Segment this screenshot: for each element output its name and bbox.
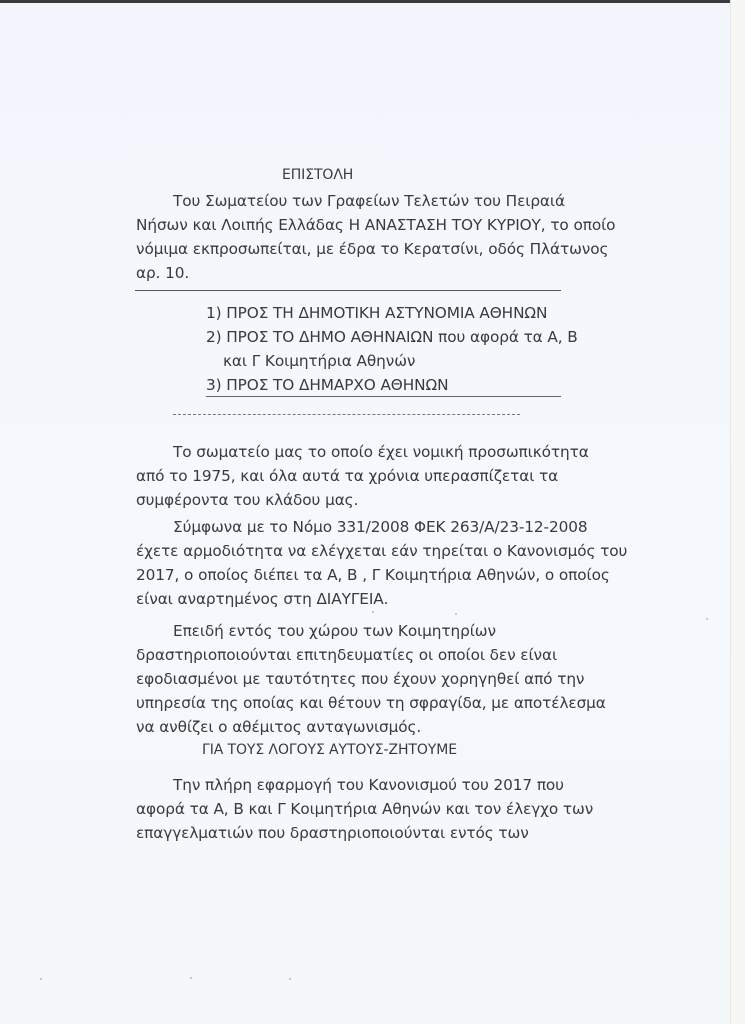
- sender-line: νόμιμα εκπροσωπείται, με έδρα το Κερατσί…: [136, 237, 615, 261]
- paragraph-line: είναι αναρτημένος στη ΔΙΑΥΓΕΙΑ.: [136, 587, 627, 611]
- paragraph-line: Σύμφωνα με το Νόμο 331/2008 ΦΕΚ 263/Α/23…: [136, 515, 627, 539]
- scan-speck: [455, 613, 457, 615]
- letter-title: ΕΠΙΣΤΟΛΗ: [282, 163, 353, 187]
- scanned-page: ΕΠΙΣΤΟΛΗ Του Σωματείου των Γραφείων Τελε…: [0, 0, 731, 1024]
- paragraph-line: υπηρεσία της οποίας και θέτουν τη σφραγί…: [136, 691, 606, 715]
- paragraph-line: Το σωματείο μας το οποίο έχει νομική προ…: [136, 440, 589, 464]
- paragraph-line: δραστηριοποιούνται επιτηδευματίες οι οπο…: [136, 643, 606, 667]
- sender-block: Του Σωματείου των Γραφείων Τελετών του Π…: [136, 189, 615, 285]
- scan-top-border: [0, 0, 745, 3]
- paragraph-line: εφοδιασμένοι με ταυτότητες που έχουν χορ…: [136, 667, 606, 691]
- paragraph-line: έχετε αρμοδιότητα να ελέγχεται εάν τηρεί…: [136, 539, 627, 563]
- paragraph-line: αφορά τα Α, Β και Γ Κοιμητήρια Αθηνών κα…: [136, 797, 593, 821]
- scan-speck: [190, 977, 192, 979]
- scan-speck: [372, 611, 374, 613]
- divider: [135, 290, 561, 291]
- scan-speck: [40, 978, 42, 980]
- recipient-item: 1) ΠΡΟΣ ΤΗ ΔΗΜΟΤΙΚΗ ΑΣΤΥΝΟΜΙΑ ΑΘΗΝΩΝ: [206, 301, 578, 325]
- paragraph-law: Σύμφωνα με το Νόμο 331/2008 ΦΕΚ 263/Α/23…: [136, 515, 627, 611]
- paragraph-request: Την πλήρη εφαρμογή του Κανονισμού του 20…: [136, 773, 593, 845]
- paragraph-line: να ανθίζει ο αθέμιτος ανταγωνισμός.: [136, 715, 606, 739]
- scan-right-edge: [730, 0, 745, 1024]
- paragraph-reason: Επειδή εντός του χώρου των Κοιμητηρίων δ…: [136, 619, 606, 739]
- sender-line: Νήσων και Λοιπής Ελλάδας Η ΑΝΑΣΤΑΣΗ ΤΟΥ …: [136, 213, 615, 237]
- scan-speck: [289, 978, 291, 980]
- sender-line: Του Σωματείου των Γραφείων Τελετών του Π…: [136, 189, 615, 213]
- recipient-item-continued: και Γ Κοιμητήρια Αθηνών: [206, 349, 578, 373]
- paragraph-line: 2017, ο οποίος διέπει τα Α, Β , Γ Κοιμητ…: [136, 563, 627, 587]
- sender-line: αρ. 10.: [136, 261, 615, 285]
- recipient-item: 2) ΠΡΟΣ ΤΟ ΔΗΜΟ ΑΘΗΝΑΙΩΝ που αφορά τα Α,…: [206, 325, 578, 349]
- recipients-list: 1) ΠΡΟΣ ΤΗ ΔΗΜΟΤΙΚΗ ΑΣΤΥΝΟΜΙΑ ΑΘΗΝΩΝ 2) …: [206, 301, 578, 397]
- recipient-item: 3) ΠΡΟΣ ΤΟ ΔΗΜΑΡΧΟ ΑΘΗΝΩΝ: [206, 373, 578, 397]
- paragraph-line: από το 1975, και όλα αυτά τα χρόνια υπερ…: [136, 464, 589, 488]
- paragraph-line: Επειδή εντός του χώρου των Κοιμητηρίων: [136, 619, 606, 643]
- divider: [206, 396, 561, 397]
- paragraph-line: Την πλήρη εφαρμογή του Κανονισμού του 20…: [136, 773, 593, 797]
- request-heading: ΓΙΑ ΤΟΥΣ ΛΟΓΟΥΣ ΑΥΤΟΥΣ-ΖΗΤΟΥΜΕ: [202, 738, 457, 762]
- scan-speck: [706, 618, 708, 620]
- paragraph-line: συμφέροντα του κλάδου μας.: [136, 488, 589, 512]
- paragraph-intro: Το σωματείο μας το οποίο έχει νομική προ…: [136, 440, 589, 512]
- paragraph-line: επαγγελματιών που δραστηριοποιούνται εντ…: [136, 821, 593, 845]
- dashed-divider: [173, 414, 520, 415]
